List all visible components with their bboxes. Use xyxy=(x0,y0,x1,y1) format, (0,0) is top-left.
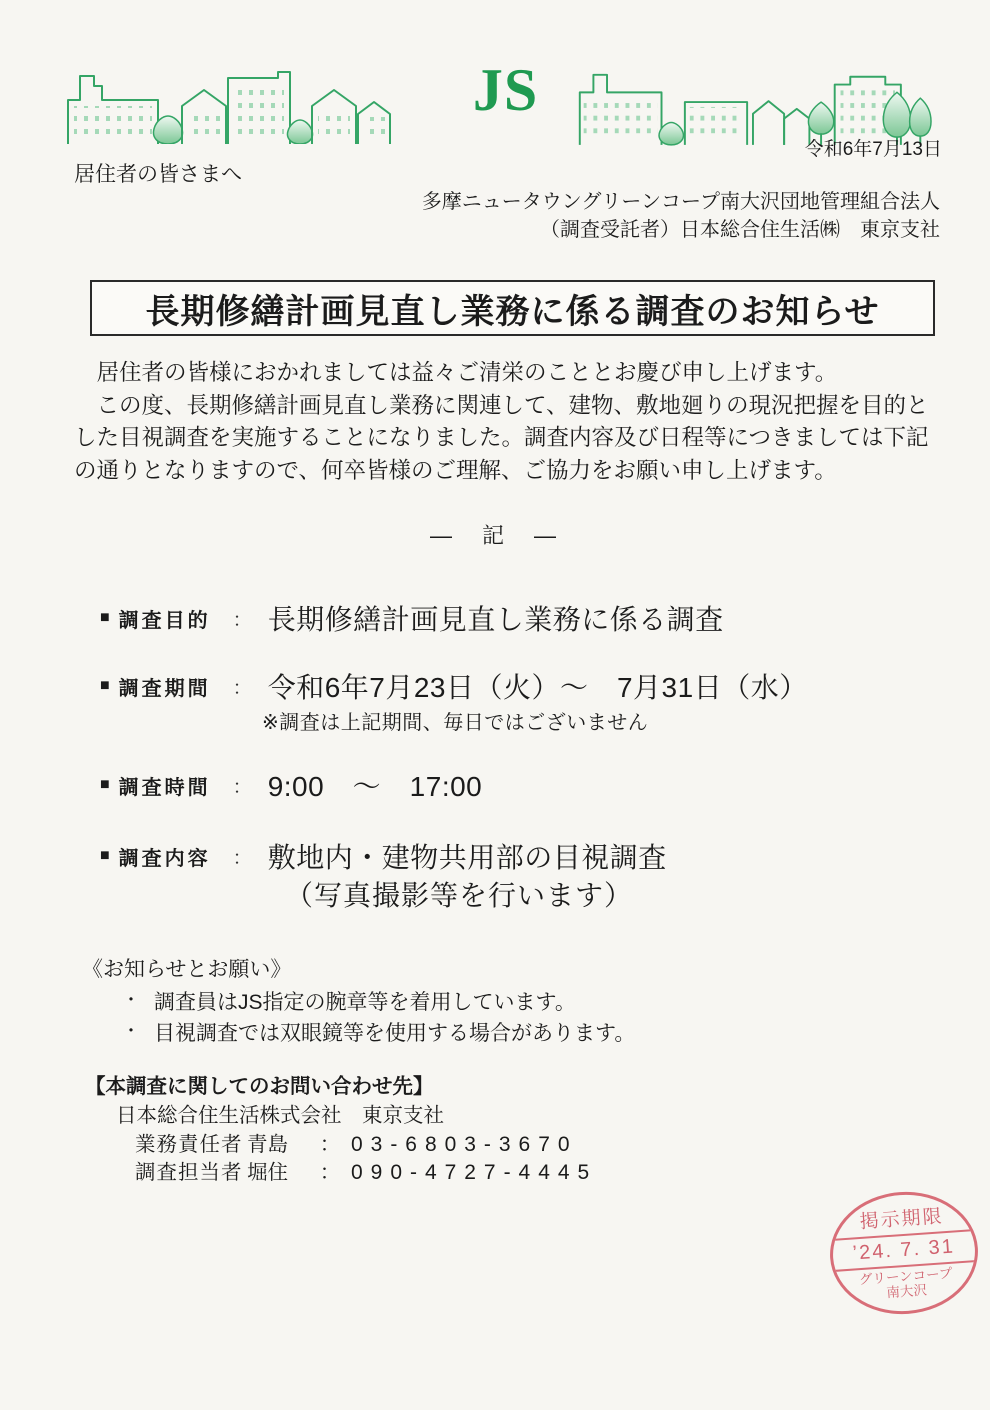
scanned-notice-document: JS 令和6年7月13日 居住者の皆さまへ 多摩ニュータウングリーンコープ南大沢… xyxy=(0,0,990,1410)
survey-item-purpose: ■ 調査目的 ： 長期修繕計画見直し業務に係る調査 xyxy=(100,598,960,638)
salutation: 居住者の皆さまへ xyxy=(74,158,242,188)
item-colon: ： xyxy=(233,843,252,870)
building-windows xyxy=(74,106,152,138)
building-windows xyxy=(363,117,385,137)
bullet-text: 目視調査では双眼鏡等を使用する場合があります。 xyxy=(154,1017,635,1047)
item-colon: ： xyxy=(233,673,252,700)
item-colon: ： xyxy=(233,605,252,632)
stamp-org: グリーンコープ 南大沢 xyxy=(834,1262,979,1316)
building-windows xyxy=(318,110,350,138)
building-windows xyxy=(234,84,284,138)
survey-item-content: ■ 調査内容 ： 敷地内・建物共用部の目視調査 xyxy=(100,836,960,876)
contact-person-name: 堀住 xyxy=(247,1155,309,1185)
item-value: 令和6年7月23日（火）～ 7月31日（水） xyxy=(268,666,808,706)
item-value: 長期修繕計画見直し業務に係る調査 xyxy=(268,598,724,638)
square-bullet-icon: ■ xyxy=(100,777,110,793)
notice-bullet-2: ・ 目視調査では双眼鏡等を使用する場合があります。 xyxy=(122,1017,635,1047)
posting-deadline-stamp: 掲示期限 ’24. 7. 31 グリーンコープ 南大沢 xyxy=(826,1187,982,1319)
content-note: （写真撮影等を行います） xyxy=(285,874,633,914)
contact-person-name: 青島 xyxy=(247,1127,309,1157)
bush-icon xyxy=(288,120,313,144)
survey-item-period: ■ 調査期間 ： 令和6年7月23日（火）～ 7月31日（水） xyxy=(100,666,960,706)
record-marker: ― 記 ― xyxy=(0,519,990,550)
item-label: 調査期間 xyxy=(119,672,227,701)
item-label: 調査内容 xyxy=(119,842,227,871)
square-bullet-icon: ■ xyxy=(100,610,110,626)
item-label: 調査目的 xyxy=(119,604,227,633)
notice-request-heading: 《お知らせとお願い》 xyxy=(82,953,291,983)
building-windows xyxy=(188,110,220,138)
period-note: ※調査は上記期間、毎日ではございません xyxy=(262,706,648,735)
item-value: 敷地内・建物共用部の目視調査 xyxy=(268,836,667,876)
item-label: 調査時間 xyxy=(119,771,227,800)
survey-item-hours: ■ 調査時間 ： 9:00 ～ 17:00 xyxy=(100,765,960,805)
bullet-dot-icon: ・ xyxy=(122,1017,140,1047)
purpose-paragraph: この度、長期修繕計画見直し業務に関連して、建物、敷地廻りの現況把握を目的とした目… xyxy=(74,390,932,488)
sender-block: 多摩ニュータウングリーンコープ南大沢団地管理組合法人 （調査受託者）日本総合住生… xyxy=(360,188,940,244)
contact-role: 調査担当者 xyxy=(135,1155,247,1185)
body-paragraphs: 居住者の皆様におかれましては益々ご清栄のこととお慶び申し上げます。 この度、長期… xyxy=(74,357,932,487)
greeting-paragraph: 居住者の皆様におかれましては益々ご清栄のこととお慶び申し上げます。 xyxy=(74,357,932,390)
contact-phone-number: 090-4727-4445 xyxy=(351,1161,597,1185)
bullet-text: 調査員はJS指定の腕章等を着用しています。 xyxy=(154,986,576,1016)
contact-colon: ： xyxy=(309,1155,351,1185)
item-value: 9:00 ～ 17:00 xyxy=(268,765,483,805)
contact-phone-number: 03-6803-3670 xyxy=(351,1133,578,1157)
notice-title: 長期修繕計画見直し業務に係る調査のお知らせ xyxy=(90,280,935,336)
stamp-org-line2: 南大沢 xyxy=(886,1283,927,1301)
tree-icon xyxy=(910,98,931,136)
notice-bullet-1: ・ 調査員はJS指定の腕章等を着用しています。 xyxy=(122,986,576,1016)
contact-row-surveyor: 調査担当者 堀住 ： 090-4727-4445 xyxy=(135,1155,597,1185)
contact-row-manager: 業務責任者 青島 ： 03-6803-3670 xyxy=(135,1127,578,1157)
square-bullet-icon: ■ xyxy=(100,678,110,694)
square-bullet-icon: ■ xyxy=(100,848,110,864)
contact-colon: ： xyxy=(309,1127,351,1157)
tree-icon xyxy=(808,102,833,134)
contact-heading: 【本調査に関してのお問い合わせ先】 xyxy=(85,1069,434,1099)
cityscape-left-svg xyxy=(62,64,407,144)
cityscape-illustration-left xyxy=(62,64,407,144)
sender-agent-name: （調査受託者）日本総合住生活㈱ 東京支社 xyxy=(360,216,940,244)
contact-company: 日本総合住生活株式会社 東京支社 xyxy=(116,1098,444,1128)
sender-org-name: 多摩ニュータウングリーンコープ南大沢団地管理組合法人 xyxy=(360,188,940,216)
js-logo: JS xyxy=(448,56,563,125)
contact-role: 業務責任者 xyxy=(135,1127,247,1157)
item-colon: ： xyxy=(233,772,252,799)
bullet-dot-icon: ・ xyxy=(122,986,140,1016)
building-windows xyxy=(584,96,658,139)
document-date: 令和6年7月13日 xyxy=(560,134,942,161)
